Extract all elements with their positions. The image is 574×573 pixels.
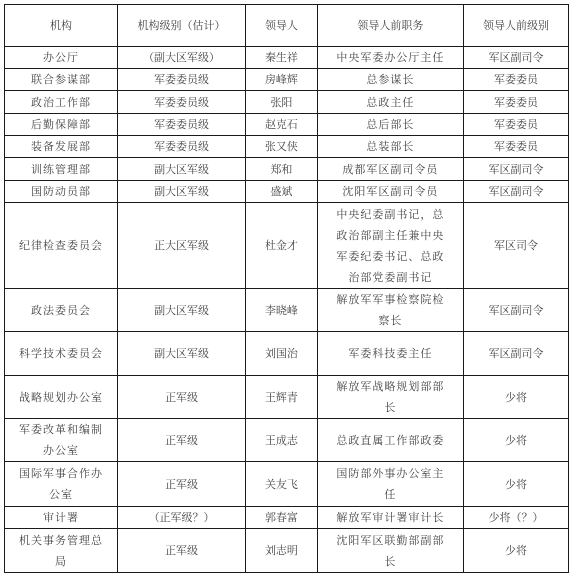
table-row: 装备发展部军委委员级张又侠总装部长军委委员	[5, 136, 569, 158]
leader-cell: 张又侠	[246, 136, 318, 158]
table-row: 政治工作部军委委员级张阳总政主任军委委员	[5, 91, 569, 114]
prev-rank-cell: 军区副司令	[464, 47, 569, 69]
header-prev-post: 领导人前职务	[317, 5, 463, 47]
prev-post-cell: 总政主任	[317, 91, 463, 114]
leader-cell: 郑和	[246, 158, 318, 181]
prev-rank-cell: 军区副司令	[464, 289, 569, 332]
table-row: 国际军事合作办公室正军级关友飞国防部外事办公室主任少将	[5, 462, 569, 507]
level-cell: 副大区军级	[118, 332, 246, 376]
header-org: 机构	[5, 5, 118, 47]
prev-post-cell: 总装部长	[317, 136, 463, 158]
prev-rank-cell: 军区副司令	[464, 181, 569, 203]
prev-rank-cell: 少将	[464, 376, 569, 419]
leader-cell: 赵克石	[246, 114, 318, 136]
prev-post-cell: 成都军区副司令员	[317, 158, 463, 181]
level-cell: 正军级	[118, 376, 246, 419]
prev-post-cell: 解放军军事检察院检察长	[317, 289, 463, 332]
prev-post-cell: 总参谋长	[317, 69, 463, 91]
prev-rank-cell: 军委委员	[464, 91, 569, 114]
leader-cell: 刘志明	[246, 529, 318, 573]
prev-rank-cell: 少将	[464, 419, 569, 462]
org-leaders-table: 机构 机构级别（估计） 领导人 领导人前职务 领导人前级别 办公厅（副大区军级）…	[4, 4, 569, 573]
table-row: 办公厅（副大区军级）秦生祥中央军委办公厅主任军区副司令	[5, 47, 569, 69]
header-level: 机构级别（估计）	[118, 5, 246, 47]
prev-post-cell: 国防部外事办公室主任	[317, 462, 463, 507]
table-row: 机关事务管理总局正军级刘志明沈阳军区联勤部副部长少将	[5, 529, 569, 573]
level-cell: 军委委员级	[118, 114, 246, 136]
prev-rank-cell: 军区副司令	[464, 158, 569, 181]
org-cell: 装备发展部	[5, 136, 118, 158]
level-cell: 副大区军级	[118, 158, 246, 181]
prev-rank-cell: 军区副司令	[464, 332, 569, 376]
org-cell: 联合参谋部	[5, 69, 118, 91]
org-cell: 纪律检查委员会	[5, 203, 118, 289]
leader-cell: 李晓峰	[246, 289, 318, 332]
prev-post-cell: 中央军委办公厅主任	[317, 47, 463, 69]
header-prev-rank: 领导人前级别	[464, 5, 569, 47]
leader-cell: 郭春富	[246, 507, 318, 529]
level-cell: 军委委员级	[118, 69, 246, 91]
table-row: 政法委员会副大区军级李晓峰解放军军事检察院检察长军区副司令	[5, 289, 569, 332]
org-cell: 国际军事合作办公室	[5, 462, 118, 507]
level-cell: 正军级	[118, 462, 246, 507]
prev-rank-cell: 军委委员	[464, 136, 569, 158]
leader-cell: 盛斌	[246, 181, 318, 203]
header-leader: 领导人	[246, 5, 318, 47]
prev-rank-cell: 少将	[464, 529, 569, 573]
prev-post-cell: 总政直属工作部政委	[317, 419, 463, 462]
table-row: 联合参谋部军委委员级房峰辉总参谋长军委委员	[5, 69, 569, 91]
leader-cell: 张阳	[246, 91, 318, 114]
level-cell: 正军级	[118, 419, 246, 462]
leader-cell: 王辉青	[246, 376, 318, 419]
prev-post-cell: 军委科技委主任	[317, 332, 463, 376]
org-cell: 战略规划办公室	[5, 376, 118, 419]
level-cell: 军委委员级	[118, 136, 246, 158]
leader-cell: 王成志	[246, 419, 318, 462]
prev-rank-cell: 军委委员	[464, 114, 569, 136]
org-cell: 政法委员会	[5, 289, 118, 332]
table-row: 训练管理部副大区军级郑和成都军区副司令员军区副司令	[5, 158, 569, 181]
level-cell: 副大区军级	[118, 181, 246, 203]
org-cell: 后勤保障部	[5, 114, 118, 136]
table-row: 后勤保障部军委委员级赵克石总后部长军委委员	[5, 114, 569, 136]
org-cell: 办公厅	[5, 47, 118, 69]
prev-post-cell: 中央纪委副书记，总政治部副主任兼中央军委纪委书记、总政治部党委副书记	[317, 203, 463, 289]
level-cell: 正大区军级	[118, 203, 246, 289]
prev-rank-cell: 少将	[464, 462, 569, 507]
prev-post-cell: 总后部长	[317, 114, 463, 136]
level-cell: （副大区军级）	[118, 47, 246, 69]
level-cell: 军委委员级	[118, 91, 246, 114]
org-cell: 审计署	[5, 507, 118, 529]
table-row: 纪律检查委员会正大区军级杜金才中央纪委副书记，总政治部副主任兼中央军委纪委书记、…	[5, 203, 569, 289]
level-cell: 副大区军级	[118, 289, 246, 332]
table-row: 战略规划办公室正军级王辉青解放军战略规划部部长少将	[5, 376, 569, 419]
prev-rank-cell: 军区司令	[464, 203, 569, 289]
org-cell: 训练管理部	[5, 158, 118, 181]
org-cell: 军委改革和编制办公室	[5, 419, 118, 462]
leader-cell: 房峰辉	[246, 69, 318, 91]
leader-cell: 关友飞	[246, 462, 318, 507]
leader-cell: 刘国治	[246, 332, 318, 376]
level-cell: 正军级	[118, 529, 246, 573]
prev-post-cell: 解放军审计署审计长	[317, 507, 463, 529]
prev-post-cell: 解放军战略规划部部长	[317, 376, 463, 419]
level-cell: （正军级？）	[118, 507, 246, 529]
table-row: 军委改革和编制办公室正军级王成志总政直属工作部政委少将	[5, 419, 569, 462]
org-cell: 科学技术委员会	[5, 332, 118, 376]
org-cell: 国防动员部	[5, 181, 118, 203]
header-row: 机构 机构级别（估计） 领导人 领导人前职务 领导人前级别	[5, 5, 569, 47]
table-row: 国防动员部副大区军级盛斌沈阳军区副司令员军区副司令	[5, 181, 569, 203]
leader-cell: 杜金才	[246, 203, 318, 289]
org-cell: 政治工作部	[5, 91, 118, 114]
prev-rank-cell: 军委委员	[464, 69, 569, 91]
prev-rank-cell: 少将（？）	[464, 507, 569, 529]
table-row: 科学技术委员会副大区军级刘国治军委科技委主任军区副司令	[5, 332, 569, 376]
leader-cell: 秦生祥	[246, 47, 318, 69]
org-cell: 机关事务管理总局	[5, 529, 118, 573]
prev-post-cell: 沈阳军区副司令员	[317, 181, 463, 203]
prev-post-cell: 沈阳军区联勤部副部长	[317, 529, 463, 573]
table-row: 审计署（正军级？）郭春富解放军审计署审计长少将（？）	[5, 507, 569, 529]
